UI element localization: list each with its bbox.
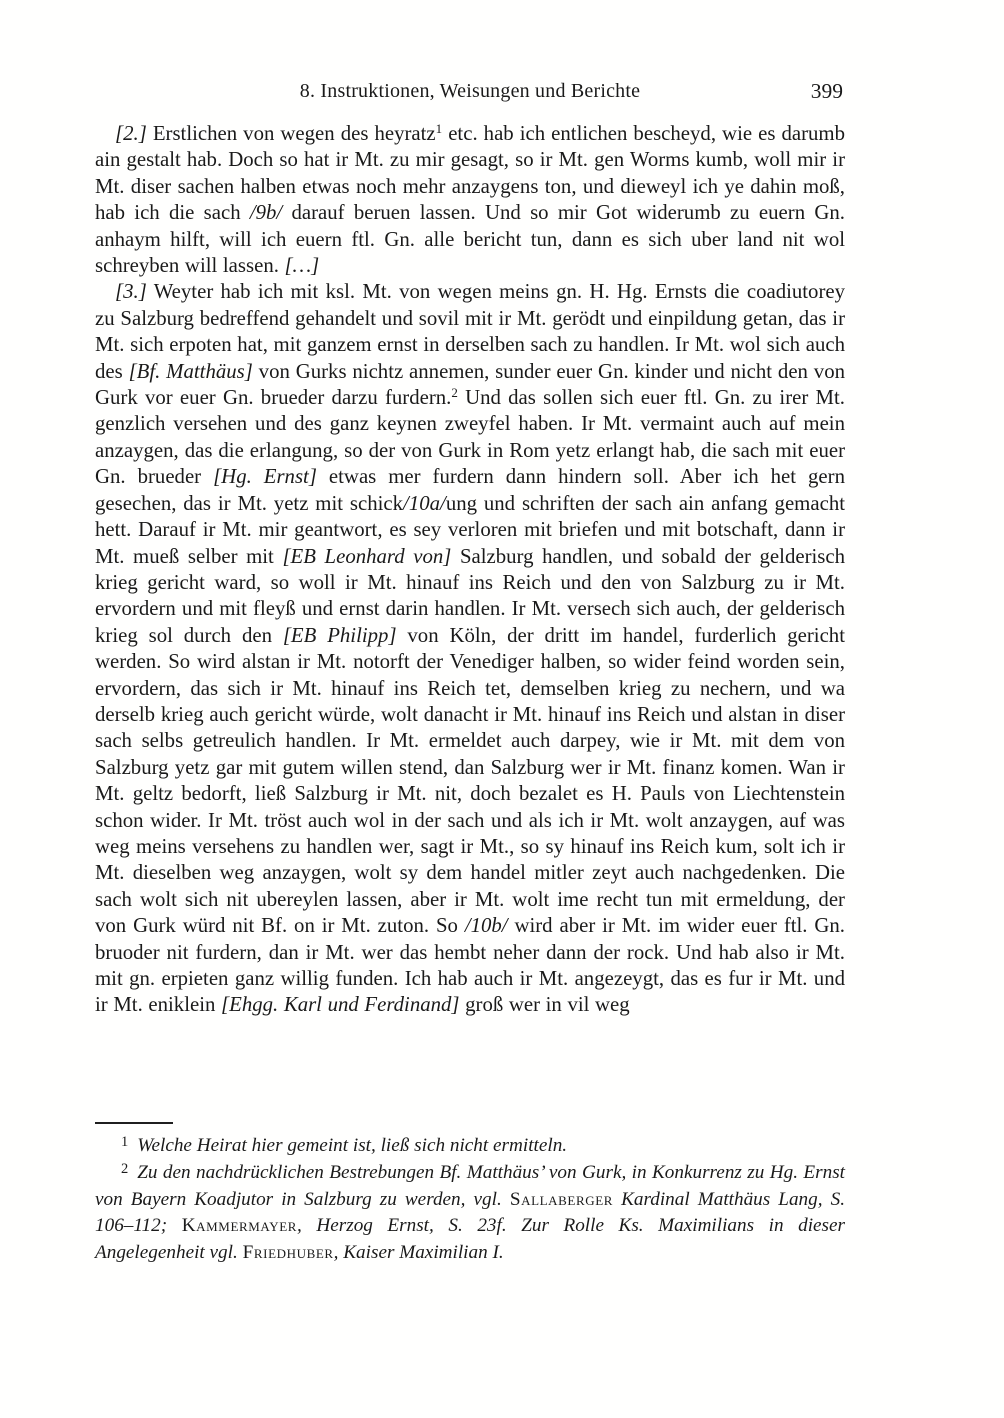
text-run: Sallaberger — [510, 1189, 613, 1210]
text-run: von Köln, der dritt im handel, furderlic… — [95, 624, 845, 937]
text-run: Kammermayer — [182, 1215, 297, 1236]
text-run: [Bf. Matthäus] — [129, 360, 253, 383]
footnote-marker: 1 — [121, 1134, 137, 1150]
footnote: 1Welche Heirat hier gemeint ist, ließ si… — [95, 1133, 845, 1160]
text-run: [Hg. Ernst] — [213, 465, 317, 488]
text-run: [3.] — [115, 280, 147, 303]
footnote-marker: 2 — [121, 1161, 137, 1177]
body-text: [2.] Erstlichen von wegen des heyratz1 e… — [95, 121, 845, 1019]
book-page: 8. Instruktionen, Weisungen und Berichte… — [0, 0, 1004, 1418]
text-run: [EB Philipp] — [283, 624, 397, 647]
text-run: /10a/ — [403, 492, 446, 515]
text-run: , Kaiser Maximilian I. — [334, 1242, 504, 1263]
text-run: Welche Heirat hier gemeint ist, ließ sic… — [137, 1135, 567, 1156]
chapter-title: 8. Instruktionen, Weisungen und Berichte — [95, 78, 845, 104]
paragraph: [2.] Erstlichen von wegen des heyratz1 e… — [95, 121, 845, 279]
text-run: [2.] — [115, 122, 147, 145]
footnote-separator-rule — [95, 1122, 173, 1124]
text-run: groß wer in vil weg — [460, 993, 630, 1016]
footnotes-list: 1Welche Heirat hier gemeint ist, ließ si… — [95, 1133, 845, 1267]
page-number: 399 — [811, 78, 843, 104]
text-run: Erstlichen von wegen des heyratz — [147, 122, 436, 145]
text-run: [EB Leonhard von] — [282, 545, 451, 568]
footnotes-section: 1Welche Heirat hier gemeint ist, ließ si… — [95, 1122, 845, 1267]
footnote: 2Zu den nachdrücklichen Bestrebungen Bf.… — [95, 1160, 845, 1267]
text-run: Friedhuber — [243, 1242, 334, 1263]
text-run: /10b/ — [465, 914, 508, 937]
running-header: 8. Instruktionen, Weisungen und Berichte… — [95, 78, 845, 104]
text-run: […] — [285, 254, 320, 277]
text-run: [Ehgg. Karl und Ferdinand] — [221, 993, 460, 1016]
paragraph: [3.] Weyter hab ich mit ksl. Mt. von weg… — [95, 279, 845, 1018]
text-run: /9b/ — [250, 201, 282, 224]
